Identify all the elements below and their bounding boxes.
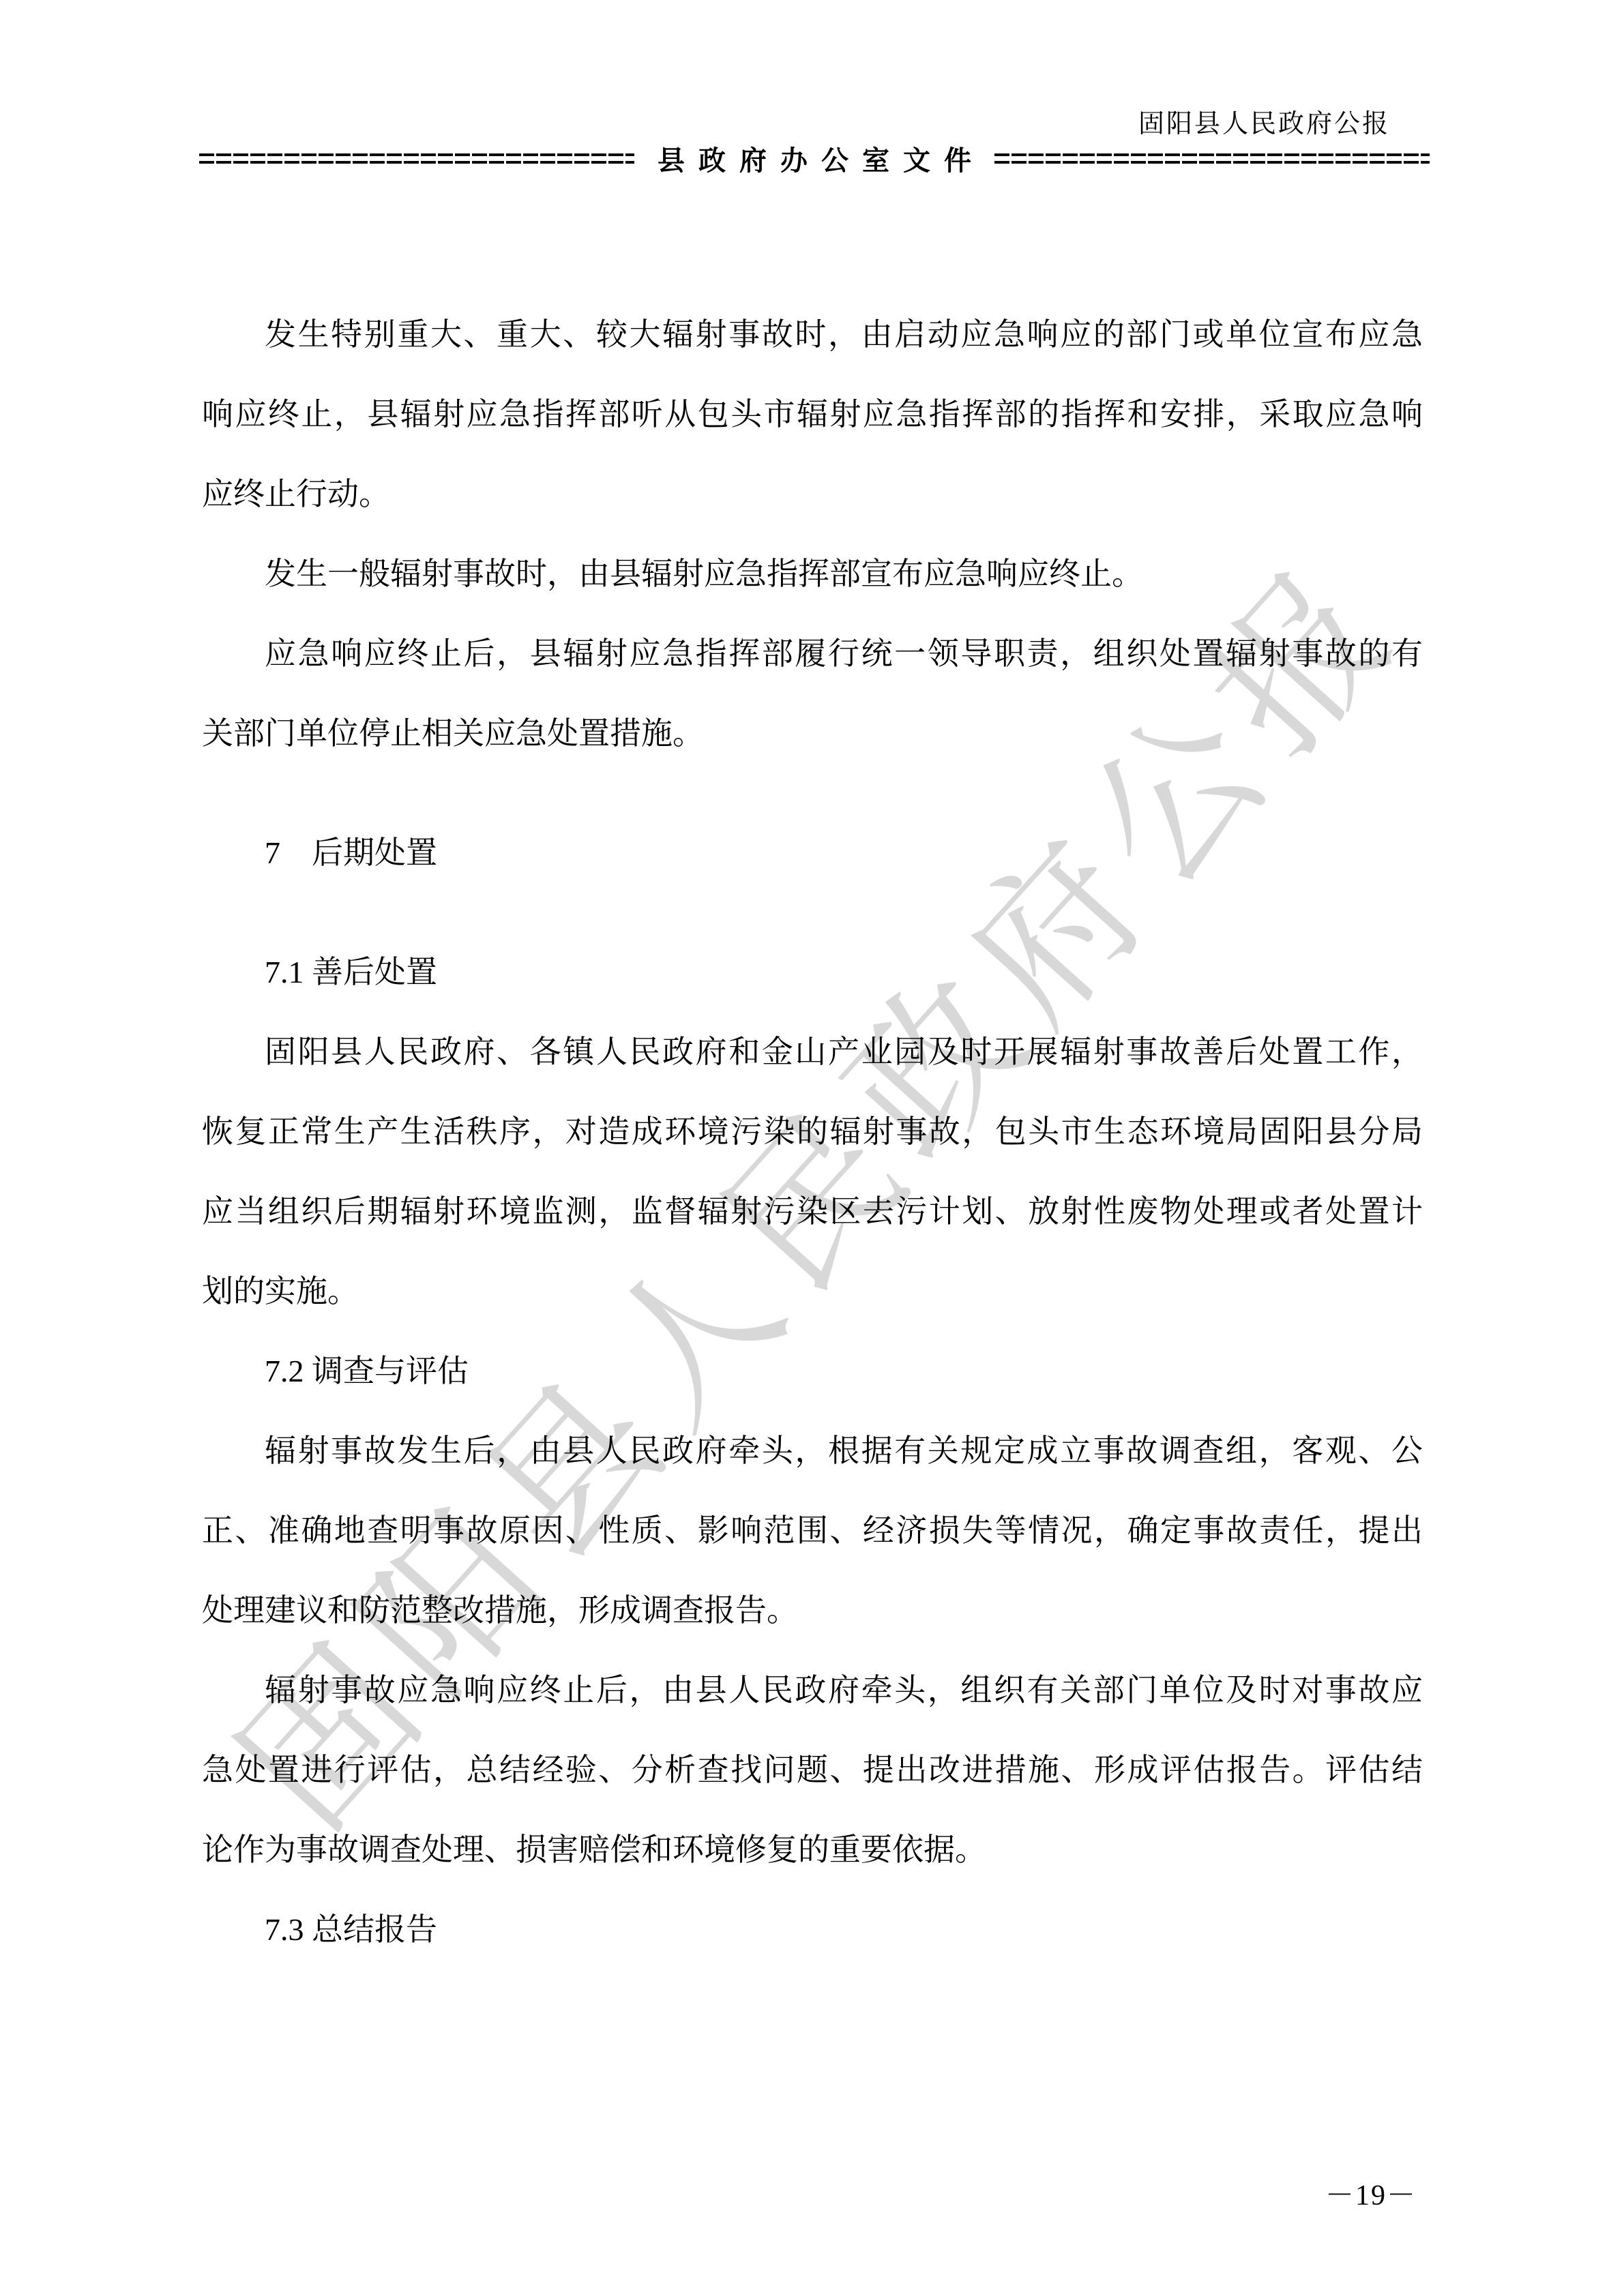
text-line: 响应终止，县辐射应急指挥部听从包头市辐射应急指挥部的指挥和安排，采取应急响 — [202, 374, 1423, 454]
section-heading: 7 后期处置 — [202, 813, 1423, 893]
text-line: 辐射事故应急响应终止后，由县人民政府牵头，组织有关部门单位及时对事故应 — [202, 1650, 1423, 1730]
text-line: 正、准确地查明事故原因、性质、影响范围、经济损失等情况，确定事故责任，提出 — [202, 1491, 1423, 1570]
text-line: 应当组织后期辐射环境监测，监督辐射污染区去污计划、放射性废物处理或者处置计 — [202, 1172, 1423, 1251]
text-line: 关部门单位停止相关应急处置措施。 — [202, 694, 1423, 773]
divider-double-rule-right — [994, 153, 1430, 164]
document-body: 发生特别重大、重大、较大辐射事故时，由启动应急响应的部门或单位宣布应急响应终止，… — [202, 295, 1423, 1969]
section-heading: 7.1 善后处置 — [202, 932, 1423, 1012]
text-line: 辐射事故发生后，由县人民政府牵头，根据有关规定成立事故调查组，客观、公 — [202, 1411, 1423, 1491]
text-line: 发生一般辐射事故时，由县辐射应急指挥部宣布应急响应终止。 — [202, 534, 1423, 614]
text-line: 恢复正常生产生活秩序，对造成环境污染的辐射事故，包头市生态环境局固阳县分局 — [202, 1092, 1423, 1172]
text-line: 应急响应终止后，县辐射应急指挥部履行统一领导职责，组织处置辐射事故的有 — [202, 614, 1423, 694]
page-number: －19－ — [1325, 2173, 1417, 2213]
office-document-label: 县政府办公室文件 — [658, 139, 985, 178]
divider-double-rule-left — [199, 153, 634, 164]
section-heading: 7.3 总结报告 — [202, 1890, 1423, 1969]
text-line: 固阳县人民政府、各镇人民政府和金山产业园及时开展辐射事故善后处置工作， — [202, 1012, 1423, 1092]
text-line: 应终止行动。 — [202, 454, 1423, 534]
text-line: 急处置进行评估，总结经验、分析查找问题、提出改进措施、形成评估报告。评估结 — [202, 1730, 1423, 1810]
text-line: 论作为事故调查处理、损害赔偿和环境修复的重要依据。 — [202, 1810, 1423, 1890]
document-page: 固阳县人民政府公报 固阳县人民政府公报 县政府办公室文件 发生特别重大、重大、较… — [0, 0, 1624, 2296]
text-line: 发生特别重大、重大、较大辐射事故时，由启动应急响应的部门或单位宣布应急 — [202, 295, 1423, 374]
header-divider: 县政府办公室文件 — [199, 140, 1430, 176]
gazette-masthead-title: 固阳县人民政府公报 — [1138, 102, 1390, 140]
text-line: 处理建议和防范整改措施，形成调查报告。 — [202, 1570, 1423, 1650]
text-line: 划的实施。 — [202, 1251, 1423, 1331]
section-heading: 7.2 调查与评估 — [202, 1331, 1423, 1411]
